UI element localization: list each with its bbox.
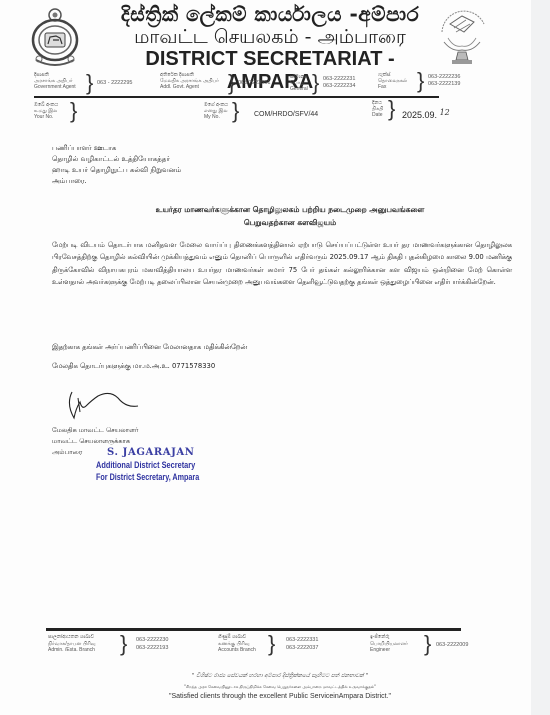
stamp-name: S. JAGARAJAN xyxy=(107,447,195,458)
signature-icon xyxy=(62,388,142,424)
letter-subject: உயர்தர மாணவர்களுக்கான தொழிலுலகம் பற்றிய … xyxy=(60,203,520,229)
footer-divider xyxy=(46,628,461,631)
title-sinhala: දිස්ත්‍රික් ලේකම් කාර්යාලය -අම්පාර xyxy=(110,2,430,26)
contact-general: සාමාන්‍ය பொது General xyxy=(290,74,308,92)
footer-accounts-phones: 063-2222331 063-2222037 xyxy=(286,636,318,652)
contact-line: மேலதிக தொடர்புகளுக்கு மா.ம.அ.உ. 07715783… xyxy=(52,362,215,371)
brace-icon: } xyxy=(424,633,431,655)
stamp-for: For District Secretary, Ampara xyxy=(96,472,199,482)
contact-government-agent: දිසාපති அரசாங்க அதிபர் Government Agent xyxy=(34,72,76,90)
phone-addl-govt-agent: 063-2223551 xyxy=(238,80,270,87)
phone-general: 063-2222231 063-2222234 xyxy=(323,76,355,90)
brace-icon: } xyxy=(120,633,127,655)
brace-icon: } xyxy=(417,70,424,92)
contact-fax: ෆැක්ස් தொலைநகல் Fax xyxy=(378,72,407,90)
brace-icon: } xyxy=(388,98,395,120)
phone-fax: 063-2222236 063-2222139 xyxy=(428,74,460,88)
letter-body: மேற்படி விடயம் தொடர்பாக மனிதவள மேலை வாய்… xyxy=(52,239,512,288)
date-label: දිනය திகதி Date xyxy=(372,100,383,118)
contact-addl-govt-agent: අතිරේක දිසාපති மேலதிக அரசாங்க அதிபர் Add… xyxy=(160,72,219,90)
stamp-title: Additional District Secretary xyxy=(96,460,195,470)
letter-date: 2025.09. 12 xyxy=(402,108,450,120)
brace-icon: } xyxy=(312,72,319,94)
brace-icon: } xyxy=(232,100,239,122)
slogan-english: "Satisfied clients through the excellent… xyxy=(60,693,500,700)
footer-admin-phones: 063-2222230 063-2222193 xyxy=(136,636,168,652)
addressee-block: பணிப்பாளர் ஊடாக தொழில் வழிகாட்டல் உத்திய… xyxy=(52,143,181,187)
your-number-label: ඔබේ අංකය உமது இல Your No. xyxy=(34,102,58,120)
reference-number: COM/HRDO/SFV/44 xyxy=(254,111,318,118)
brace-icon: } xyxy=(70,100,77,122)
slogan-tamil: "சிறந்த அரச சேவையினூடாக திருப்திமிக்க சே… xyxy=(60,684,500,690)
footer-admin-branch: පාලන/ආයතන ශාඛාව நிர்வாக/தாபன பிரிவு Admi… xyxy=(48,634,96,654)
footer-accounts-branch: ගිණුම් ශාඛාව கணக்கு பிரிவு Accounts Bran… xyxy=(218,634,256,654)
letter-page: දිස්ත්‍රික් ලේකම් කාර්යාලය -අම්පාර மாவட்… xyxy=(0,0,531,715)
thanks-line: இதற்காக தங்கள் அர்ப்பணிப்பினை மேலானதாக ம… xyxy=(52,343,247,352)
brace-icon: } xyxy=(268,633,275,655)
handwritten-day: 12 xyxy=(440,108,450,117)
brace-icon: } xyxy=(228,72,235,94)
sri-lanka-emblem-icon xyxy=(26,4,84,70)
brace-icon: } xyxy=(86,72,93,94)
district-logo-icon xyxy=(432,2,494,70)
phone-government-agent: 063 - 2222295 xyxy=(97,80,132,87)
my-number-label: මගේ අංකය எனது இல My No. xyxy=(204,102,228,120)
slogan-sinhala: " විශිෂ්ට රාජ්‍ය සේවයක් හරහා අම්පාර දිස්… xyxy=(60,673,500,680)
footer-engineer: ඉංජිනේරු பொறியியலாளர் Engineer xyxy=(370,634,408,654)
footer-engineer-phone: 063-2222009 xyxy=(436,641,468,649)
